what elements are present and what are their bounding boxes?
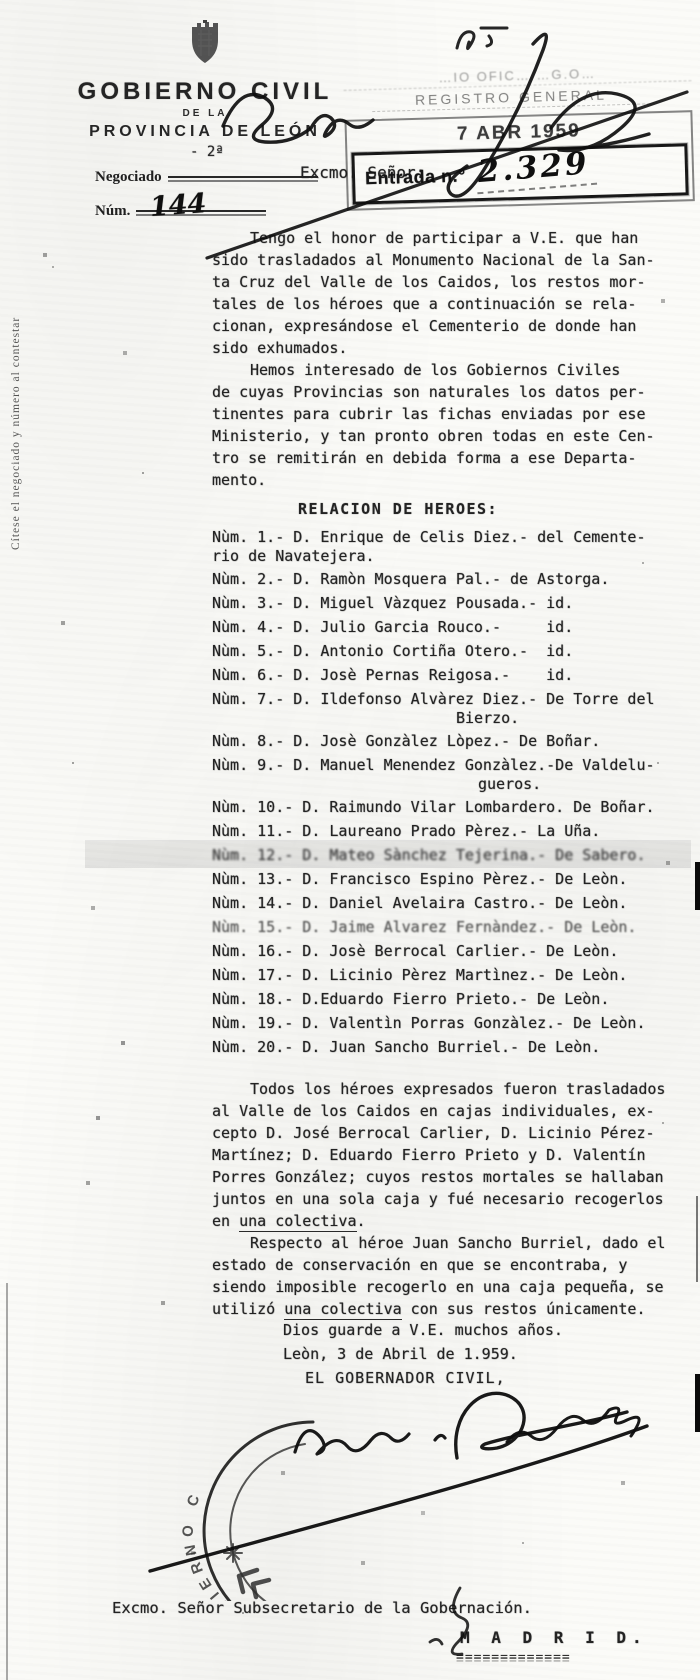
hero-entry: Nùm. 3.- D. Miguel Vàzquez Pousada.- id. [212, 593, 670, 614]
hero-entry: Nùm. 11.- D. Laureano Prado Pèrez.- La U… [212, 821, 670, 842]
hero-entry: Nùm. 6.- D. Josè Pernas Reigosa.- id. [212, 665, 670, 686]
signature-and-seal: GOBIERNO C [105, 1366, 680, 1601]
scan-noise-specks [0, 0, 2, 2]
hero-entry: Nùm. 4.- D. Julio Garcia Rouco.- id. [212, 617, 670, 638]
typed-line: cepto D. José Berrocal Carlier, D. Licin… [212, 1122, 670, 1144]
scan-edge-mark [696, 1196, 698, 1282]
hero-entry: Nùm. 2.- D. Ramòn Mosquera Pal.- de Asto… [212, 569, 670, 590]
hero-entry: Nùm. 1.- D. Enrique de Celis Diez.- del … [212, 527, 670, 548]
hero-entry: Nùm. 9.- D. Manuel Menendez Gonzàlez.-De… [212, 755, 670, 776]
typed-line: tales de los héroes que a continuación s… [212, 293, 670, 315]
scanned-letter-page: Cítese el negociado y número al contesta… [0, 0, 700, 1680]
typed-line: siendo imposible recogerlo en una caja p… [212, 1276, 670, 1298]
official-seal-stamp: GOBIERNO C [180, 1422, 313, 1601]
hero-entry: Nùm. 16.- D. Josè Berrocal Carlier.- De … [212, 941, 670, 962]
typed-line: sido exhumados. [212, 337, 670, 359]
typed-line: estado de conservación en que se encontr… [212, 1254, 670, 1276]
typed-line: utilizó una colectiva con sus restos úni… [212, 1298, 670, 1320]
typed-line: juntos en una sola caja y fué necesario … [212, 1188, 670, 1210]
typed-line: tro se remitirán en debida forma a ese D… [212, 447, 670, 469]
typed-line: cionan, expresándose el Cementerio de do… [212, 315, 670, 337]
outro-paragraphs: Todos los héroes expresados fueron trasl… [212, 1078, 670, 1320]
hero-entry: Nùm. 14.- D. Daniel Avelaira Castro.- De… [212, 893, 670, 914]
valediction: Dios guarde a V.E. muchos años. [283, 1318, 563, 1342]
typed-line: Ministerio, y tan pronto obren todas en … [212, 425, 670, 447]
hero-entry-wrap: gueros. [212, 775, 670, 794]
hero-entry: Nùm. 10.- D. Raimundo Vilar Lombardero. … [212, 797, 670, 818]
typed-line: tinentes para cubrir las fichas enviadas… [212, 403, 670, 425]
hero-entry: Nùm. 5.- D. Antonio Cortiña Otero.- id. [212, 641, 670, 662]
heroes-heading: RELACION DE HEROES: [212, 498, 670, 520]
typed-line: de cuyas Provincias son naturales los da… [212, 381, 670, 403]
scan-smear [85, 840, 691, 868]
typed-line: Martínez; D. Eduardo Fierro Prieto y D. … [212, 1144, 670, 1166]
scan-edge-mark [6, 1283, 8, 1680]
hero-entry: Nùm. 19.- D. Valentìn Porras Gonzàlez.- … [212, 1013, 670, 1034]
margin-note: Cítese el negociado y número al contesta… [10, 250, 22, 550]
hero-entry: Nùm. 18.- D.Eduardo Fierro Prieto.- De L… [212, 989, 670, 1010]
negociado-label: Negociado [95, 169, 162, 185]
scan-edge-mark [695, 1374, 700, 1432]
letter-body: Tengo el honor de participar a V.E. que … [212, 227, 670, 1320]
typed-line: Hemos interesado de los Gobiernos Civile… [212, 359, 670, 381]
paragraph: Hemos interesado de los Gobiernos Civile… [212, 359, 670, 491]
hero-entry-wrap: Bierzo. [212, 709, 670, 728]
hero-entry: Nùm. 15.- D. Jaime Alvarez Fernàndez.- D… [212, 917, 670, 938]
handwritten-annotation-footer [398, 1582, 528, 1662]
place-and-date: Leòn, 3 de Abril de 1.959. [283, 1342, 563, 1366]
heroes-list: Nùm. 1.- D. Enrique de Celis Diez.- del … [212, 527, 670, 1058]
typed-line: Respecto al héroe Juan Sancho Burriel, d… [212, 1232, 670, 1254]
hero-entry: Nùm. 7.- D. Ildefonso Alvàrez Diez.- De … [212, 689, 670, 710]
typed-line: en una colectiva. [212, 1210, 670, 1232]
governor-signature [150, 1393, 647, 1571]
typed-line: Todos los héroes expresados fueron trasl… [212, 1078, 670, 1100]
hero-entry: Nùm. 13.- D. Francisco Espino Pèrez.- De… [212, 869, 670, 890]
underlined-phrase: una colectiva [284, 1300, 401, 1320]
typed-line: Porres González; cuyos restos mortales s… [212, 1166, 670, 1188]
handwritten-annotation [195, 6, 695, 271]
hero-entry: Nùm. 20.- D. Juan Sancho Burriel.- De Le… [212, 1037, 670, 1058]
num-label: Núm. [95, 203, 130, 219]
underlined-phrase: una colectiva [239, 1212, 356, 1232]
scan-edge-mark [695, 862, 700, 910]
hero-entry-wrap: rio de Navatejera. [212, 547, 670, 566]
typed-line: ta Cruz del Valle de los Caidos, los res… [212, 271, 670, 293]
paragraph: Todos los héroes expresados fueron trasl… [212, 1078, 670, 1232]
hero-entry: Nùm. 17.- D. Licinio Pèrez Martìnez.- De… [212, 965, 670, 986]
typed-line: al Valle de los Caidos en cajas individu… [212, 1100, 670, 1122]
hero-entry: Nùm. 8.- D. Josè Gonzàlez Lòpez.- De Boñ… [212, 731, 670, 752]
typed-line: mento. [212, 469, 670, 491]
paragraph: Respecto al héroe Juan Sancho Burriel, d… [212, 1232, 670, 1320]
